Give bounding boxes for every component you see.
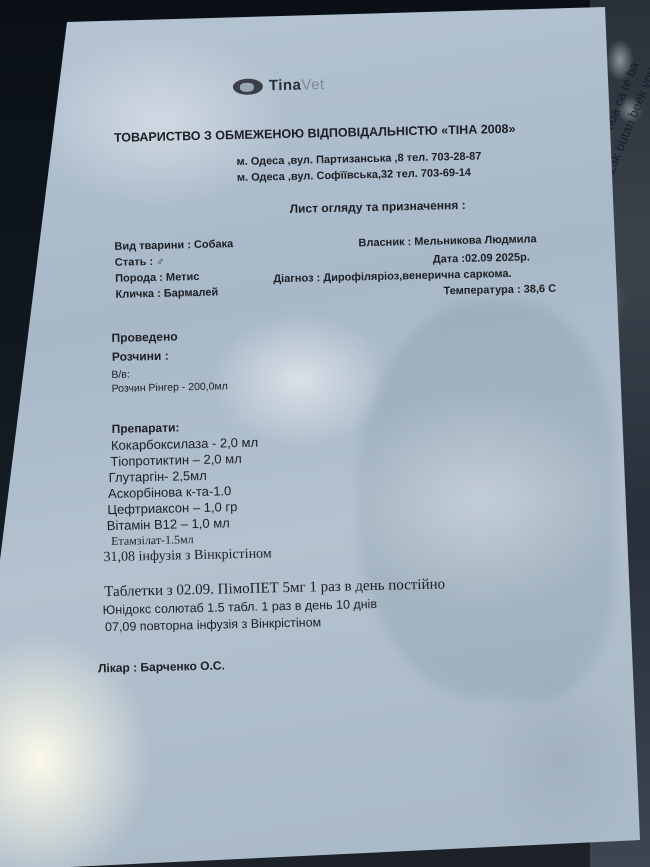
prescription-tablets: Таблетки з 02.09. ПімоПЕТ 5мг 1 раз в де… (104, 576, 445, 601)
document-title: Лист огляду та призначення : (289, 198, 465, 216)
brand-part-vet: Vet (301, 76, 325, 94)
drug-item: Тіопротиктин – 2,0 мл (110, 451, 242, 469)
solution-item: Розчин Рінгер - 200,0мл (112, 380, 228, 395)
diagnosis-field: Діагноз : Дирофіляріоз,венерична саркома… (273, 268, 512, 285)
drugs-heading: Препарати: (111, 420, 179, 436)
owner-field: Власник : Мельникова Людмила (358, 233, 536, 249)
doctor-signature: Лікар : Барченко О.С. (98, 658, 225, 675)
address-line-2: м. Одеса ,вул. Софїївська,32 тел. 703-69… (237, 167, 471, 184)
photo-scene: ac ca sac hoa ca te ba ao 23k butan beek… (0, 0, 650, 867)
address-line-1: м. Одеса ,вул. Партизанська ,8 тел. 703-… (236, 151, 481, 169)
drug-item: Етамзілат-1.5мл (111, 532, 194, 549)
temperature-field: Температура : 38,6 С (443, 283, 556, 298)
brand-part-tina: Tina (269, 77, 302, 95)
sex-field: Стать : ♂ (115, 256, 165, 269)
vet-examination-sheet: TinaVet ТОВАРИСТВО З ОБМЕЖЕНОЮ ВІДПОВІДА… (0, 0, 650, 867)
infusion-note: 31,08 інфузія з Вінкрістіном (103, 546, 272, 566)
clinic-logo: TinaVet (233, 76, 325, 95)
route-label: В/в: (111, 369, 130, 381)
species-field: Вид тварини : Собака (114, 238, 233, 253)
performed-heading: Проведено (111, 329, 177, 344)
pet-name-field: Кличка : Бармалей (115, 287, 218, 301)
dog-logo-icon (233, 78, 263, 95)
company-name: ТОВАРИСТВО З ОБМЕЖЕНОЮ ВІДПОВІДАЛЬНІСТЮ … (114, 122, 516, 145)
drug-item: Аскорбінова к-та-1.0 (108, 483, 232, 501)
solutions-heading: Розчини : (112, 349, 169, 364)
breed-field: Порода : Метис (115, 271, 199, 285)
drug-item: Глутаргін- 2,5мл (109, 468, 207, 485)
date-field: Дата :02.09 2025р. (433, 251, 530, 265)
drug-item: Цефтриаксон – 1,0 гр (107, 499, 237, 517)
brand-name: TinaVet (269, 76, 325, 94)
prescription-repeat-infusion: 07,09 повторна інфузія з Вінкрістіном (105, 615, 321, 634)
drug-item: Вітамін В12 – 1,0 мл (107, 515, 230, 533)
